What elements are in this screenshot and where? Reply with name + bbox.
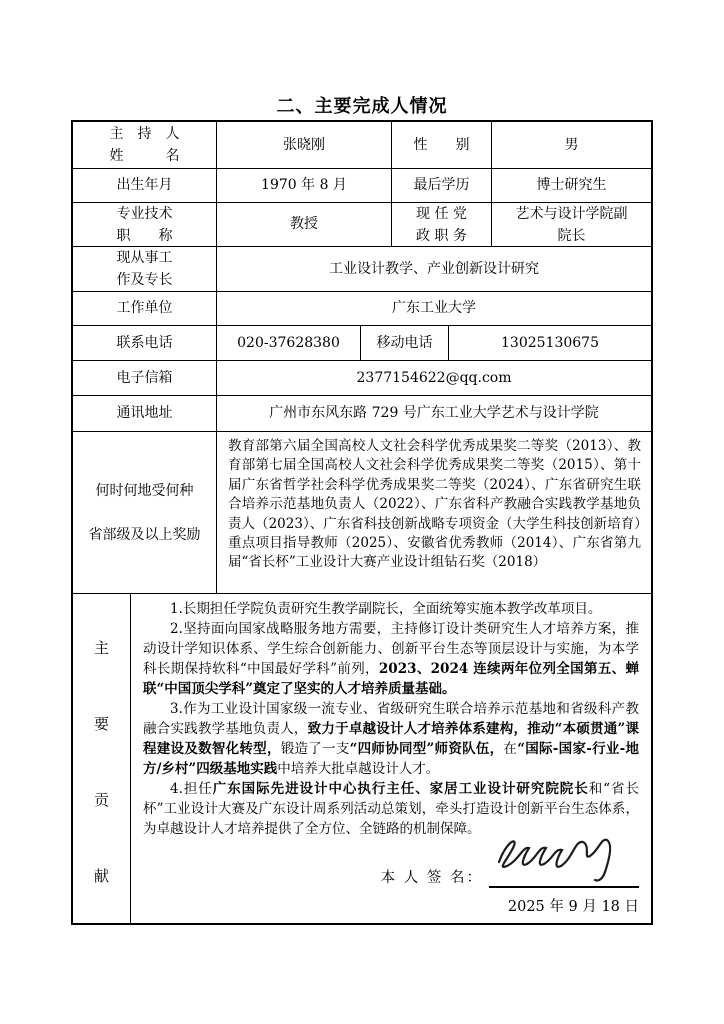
work-unit-value: 广东工业大学 (216, 292, 651, 325)
mobile-value: 13025130675 (448, 326, 651, 360)
table-row: 通讯地址 广州市东风东路 729 号广东工业大学艺术与设计学院 (73, 395, 651, 431)
table-row: 主 要 贡 献 1.长期担任学院负责研究生教学副院长，全面统筹实施本教学改革项目… (73, 593, 651, 923)
specialty-value: 工业设计教学、产业创新设计研究 (216, 247, 651, 291)
name-label-line1: 主 持 人 (110, 126, 180, 142)
name-value: 张晓刚 (216, 122, 391, 168)
birth-label: 出生年月 (73, 169, 216, 202)
table-row: 联系电话 020-37628380 移动电话 13025130675 (73, 325, 651, 360)
signature-label: 本 人 签 名： (381, 868, 483, 888)
contributions-label-char: 献 (94, 866, 109, 887)
name-label: 主 持 人 姓 名 (73, 122, 216, 168)
birth-value: 1970 年 8 月 (216, 169, 391, 202)
mobile-label: 移动电话 (360, 326, 448, 360)
specialty-label-line2: 作及专长 (117, 272, 173, 288)
document-page: 二、主要完成人情况 主 持 人 姓 名 张晓刚 性 别 男 出生年月 1970 … (0, 0, 724, 1024)
contribution-paragraph-2: 2.坚持面向国家战略服务地方需要，主持修订设计类研究生人才培养方案，推动设计学知… (143, 619, 639, 699)
contributions-label-char: 贡 (94, 790, 109, 811)
work-unit-label: 工作单位 (73, 292, 216, 325)
address-label: 通讯地址 (73, 396, 216, 431)
signature-handwriting (489, 826, 621, 886)
completer-info-table: 主 持 人 姓 名 张晓刚 性 别 男 出生年月 1970 年 8 月 最后学历… (71, 120, 653, 925)
party-position-value: 艺术与设计学院副院长 (491, 203, 651, 246)
table-row: 出生年月 1970 年 8 月 最后学历 博士研究生 (73, 168, 651, 202)
table-row: 电子信箱 2377154622@qq.com (73, 360, 651, 395)
party-position-label-line1: 现 任 党 (416, 206, 467, 222)
professional-title-label: 专业技术 职 称 (73, 203, 216, 246)
specialty-label-line1: 现从事工 (117, 250, 173, 266)
awards-label: 何时何地受何种 省部级及以上奖励 (73, 432, 216, 593)
table-row: 专业技术 职 称 教授 现 任 党 政 职 务 艺术与设计学院副院长 (73, 202, 651, 246)
awards-text: 教育部第六届全国高校人文社会科学优秀成果奖二等奖（2013）、教育部第七届全国高… (217, 432, 651, 577)
contributions-label: 主 要 贡 献 (73, 594, 130, 923)
professional-title-value: 教授 (216, 203, 391, 246)
awards-label-line1: 何时何地受何种 (96, 483, 194, 499)
awards-label-line2: 省部级及以上奖励 (89, 527, 201, 543)
table-row: 现从事工 作及专长 工业设计教学、产业创新设计研究 (73, 246, 651, 291)
specialty-label: 现从事工 作及专长 (73, 247, 216, 291)
table-row: 工作单位 广东工业大学 (73, 291, 651, 325)
party-position-label-line2: 政 职 务 (416, 228, 467, 244)
phone-value: 020-37628380 (216, 326, 360, 360)
contribution-paragraph-1: 1.长期担任学院负责研究生教学副院长，全面统筹实施本教学改革项目。 (143, 599, 639, 619)
contribution-paragraph-3: 3.作为工业设计国家级一流专业、省级研究生联合培养示范基地和省级科产教融合实践教… (143, 699, 639, 779)
gender-value: 男 (491, 122, 651, 168)
party-position-label: 现 任 党 政 职 务 (391, 203, 491, 246)
gender-label: 性 别 (391, 122, 491, 168)
professional-title-label-line2: 职 称 (117, 228, 173, 244)
table-row: 何时何地受何种 省部级及以上奖励 教育部第六届全国高校人文社会科学优秀成果奖二等… (73, 431, 651, 593)
signature-block: 本 人 签 名： (143, 862, 639, 888)
education-label: 最后学历 (391, 169, 491, 202)
email-label: 电子信箱 (73, 361, 216, 395)
phone-label: 联系电话 (73, 326, 216, 360)
professional-title-label-line1: 专业技术 (117, 206, 173, 222)
contributions-label-char: 要 (94, 714, 109, 735)
name-label-line2: 姓 名 (110, 148, 180, 164)
contributions-label-char: 主 (94, 638, 109, 659)
awards-cell: 教育部第六届全国高校人文社会科学优秀成果奖二等奖（2013）、教育部第七届全国高… (216, 432, 651, 593)
education-value: 博士研究生 (491, 169, 651, 202)
section-title: 二、主要完成人情况 (0, 92, 724, 118)
email-value: 2377154622@qq.com (216, 361, 651, 395)
address-value: 广州市东风东路 729 号广东工业大学艺术与设计学院 (216, 396, 651, 431)
contributions-cell: 1.长期担任学院负责研究生教学副院长，全面统筹实施本教学改革项目。 2.坚持面向… (130, 594, 651, 923)
signature-date: 2025 年 9 月 18 日 (143, 897, 639, 917)
table-row: 主 持 人 姓 名 张晓刚 性 别 男 (73, 122, 651, 168)
